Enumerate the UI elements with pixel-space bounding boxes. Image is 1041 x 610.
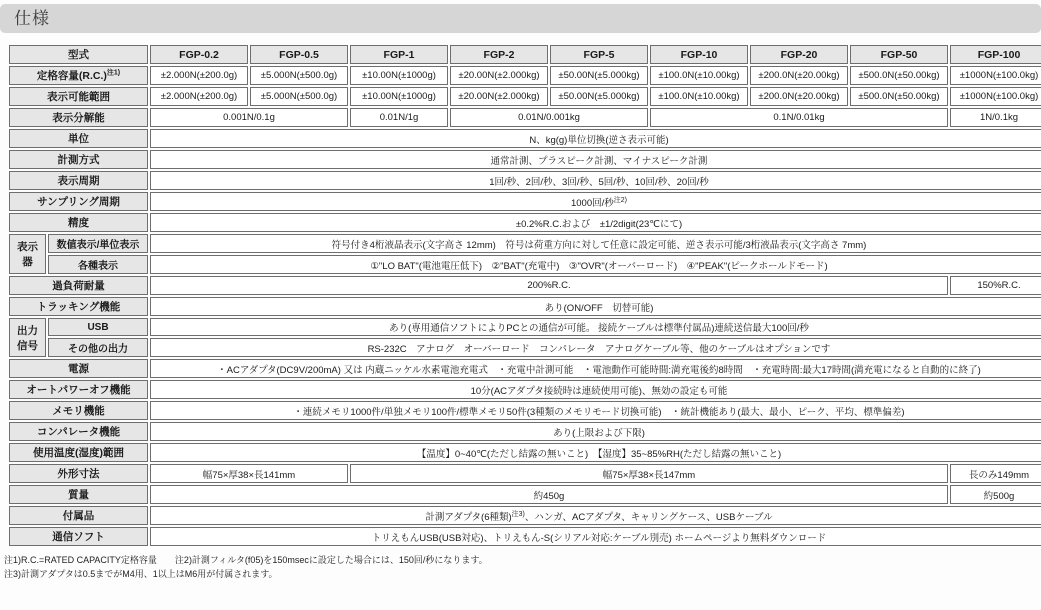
spec-cell: 符号付き4桁液晶表示(文字高さ 12mm) 符号は荷重方向に対して任意に設定可能…	[150, 234, 1041, 253]
header-row: 型式FGP-0.2FGP-0.5FGP-1FGP-2FGP-5FGP-10FGP…	[9, 45, 1041, 64]
spec-cell: 約500g	[950, 485, 1041, 504]
table-row: 単位N、kg(g)単位切換(逆さ表示可能)	[9, 129, 1041, 148]
spec-cell: 通常計測、プラスピーク計測、マイナスピーク計測	[150, 150, 1041, 169]
row-label: 表示可能範囲	[9, 87, 148, 106]
spec-cell: ±20.00N(±2.000kg)	[450, 87, 548, 106]
spec-cell: あり(ON/OFF 切替可能)	[150, 297, 1041, 316]
spec-cell: 1回/秒、2回/秒、3回/秒、5回/秒、10回/秒、20回/秒	[150, 171, 1041, 190]
spec-cell: あり(専用通信ソフトによりPCとの通信が可能。 接続ケーブルは標準付属品)連続送…	[150, 318, 1041, 336]
table-row: 通信ソフトトリえもんUSB(USB対応)、トリえもん-S(シリアル対応:ケーブル…	[9, 527, 1041, 546]
row-label: 計測方式	[9, 150, 148, 169]
spec-cell: 計測アダプタ(6種類)注3)、ハンガ、ACアダプタ、キャリングケース、USBケー…	[150, 506, 1041, 525]
table-row: 過負荷耐量200%R.C.150%R.C.	[9, 276, 1041, 295]
row-label: 外形寸法	[9, 464, 148, 483]
spec-cell: 0.1N/0.01kg	[650, 108, 948, 127]
table-row: コンパレータ機能あり(上限および下限)	[9, 422, 1041, 441]
column-header-fgp-100: FGP-100	[950, 45, 1041, 64]
spec-cell: 約450g	[150, 485, 948, 504]
row-label: USB	[48, 318, 148, 336]
row-label: 表示周期	[9, 171, 148, 190]
spec-cell: N、kg(g)単位切換(逆さ表示可能)	[150, 129, 1041, 148]
table-row: サンプリング周期1000回/秒注2)	[9, 192, 1041, 211]
column-header-fgp-1: FGP-1	[350, 45, 448, 64]
table-row: オートパワーオフ機能10分(ACアダプタ接続時は連続使用可能)、無効の設定も可能	[9, 380, 1041, 399]
spec-cell: 200%R.C.	[150, 276, 948, 295]
footnote-line: 注1)R.C.=RATED CAPACITY定格容量 注2)計測フィルタ(f05…	[4, 554, 1041, 568]
spec-cell: トリえもんUSB(USB対応)、トリえもん-S(シリアル対応:ケーブル別売) ホ…	[150, 527, 1041, 546]
row-label: 電源	[9, 359, 148, 378]
spec-cell: ・連続メモリ1000件/単独メモリ100件/標準メモリ50件(3種類のメモリモー…	[150, 401, 1041, 420]
spec-cell: ±10.00N(±1000g)	[350, 66, 448, 85]
row-label: サンプリング周期	[9, 192, 148, 211]
spec-cell: ±1000N(±100.0kg)	[950, 66, 1041, 85]
spec-table: 型式FGP-0.2FGP-0.5FGP-1FGP-2FGP-5FGP-10FGP…	[7, 43, 1041, 548]
table-row: 表示分解能0.001N/0.1g0.01N/1g0.01N/0.001kg0.1…	[9, 108, 1041, 127]
spec-cell: 長のみ149mm	[950, 464, 1041, 483]
table-row: トラッキング機能あり(ON/OFF 切替可能)	[9, 297, 1041, 316]
footnote-line: 注3)計測アダプタは0.5までがM4用、1以上はM6用が付属されます。	[4, 568, 1041, 582]
row-label: 単位	[9, 129, 148, 148]
spec-cell: ±100.0N(±10.00kg)	[650, 87, 748, 106]
row-label: 通信ソフト	[9, 527, 148, 546]
table-row: 表示可能範囲±2.000N(±200.0g)±5.000N(±500.0g)±1…	[9, 87, 1041, 106]
spec-cell: ±0.2%R.C.および ±1/2digit(23℃にて)	[150, 213, 1041, 232]
row-label: オートパワーオフ機能	[9, 380, 148, 399]
spec-cell: ①"LO BAT"(電池電圧低下) ②"BAT"(充電中) ③"OVR"(オーバ…	[150, 255, 1041, 274]
table-row: 外形寸法幅75×厚38×長141mm幅75×厚38×長147mm長のみ149mm	[9, 464, 1041, 483]
spec-cell: ±100.0N(±10.00kg)	[650, 66, 748, 85]
spec-cell: 1000回/秒注2)	[150, 192, 1041, 211]
row-label: 過負荷耐量	[9, 276, 148, 295]
spec-cell: ±20.00N(±2.000kg)	[450, 66, 548, 85]
column-header-fgp-0.5: FGP-0.5	[250, 45, 348, 64]
spec-cell: 150%R.C.	[950, 276, 1041, 295]
table-row: 表示周期1回/秒、2回/秒、3回/秒、5回/秒、10回/秒、20回/秒	[9, 171, 1041, 190]
column-header-fgp-5: FGP-5	[550, 45, 648, 64]
spec-cell: ±50.00N(±5.000kg)	[550, 87, 648, 106]
table-row: 質量約450g約500g	[9, 485, 1041, 504]
footnotes: 注1)R.C.=RATED CAPACITY定格容量 注2)計測フィルタ(f05…	[4, 554, 1041, 582]
row-group-label: 出力信号	[9, 318, 46, 357]
row-label: 数値表示/単位表示	[48, 234, 148, 253]
spec-cell: RS-232C アナログ オーバーロード コンパレータ アナログケーブル等、他の…	[150, 338, 1041, 357]
table-row: 各種表示①"LO BAT"(電池電圧低下) ②"BAT"(充電中) ③"OVR"…	[9, 255, 1041, 274]
column-header-fgp-2: FGP-2	[450, 45, 548, 64]
row-label: コンパレータ機能	[9, 422, 148, 441]
row-label: 使用温度(湿度)範囲	[9, 443, 148, 462]
spec-cell: ±1000N(±100.0kg)	[950, 87, 1041, 106]
spec-cell: ±2.000N(±200.0g)	[150, 66, 248, 85]
spec-cell: 10分(ACアダプタ接続時は連続使用可能)、無効の設定も可能	[150, 380, 1041, 399]
table-row: 精度±0.2%R.C.および ±1/2digit(23℃にて)	[9, 213, 1041, 232]
spec-cell: ±200.0N(±20.00kg)	[750, 66, 848, 85]
spec-cell: ±500.0N(±50.00kg)	[850, 66, 948, 85]
row-label: 各種表示	[48, 255, 148, 274]
spec-cell: ±200.0N(±20.00kg)	[750, 87, 848, 106]
table-row: 付属品計測アダプタ(6種類)注3)、ハンガ、ACアダプタ、キャリングケース、US…	[9, 506, 1041, 525]
spec-cell: ・ACアダプタ(DC9V/200mA) 又は 内蔵ニッケル水素電池充電式 ・充電…	[150, 359, 1041, 378]
spec-cell: ±500.0N(±50.00kg)	[850, 87, 948, 106]
spec-cell: 0.01N/1g	[350, 108, 448, 127]
spec-cell: ±5.000N(±500.0g)	[250, 87, 348, 106]
row-label: 付属品	[9, 506, 148, 525]
column-header-fgp-20: FGP-20	[750, 45, 848, 64]
spec-cell: ±5.000N(±500.0g)	[250, 66, 348, 85]
row-group-label: 表示器	[9, 234, 46, 274]
spec-cell: 幅75×厚38×長141mm	[150, 464, 348, 483]
spec-cell: 【温度】0~40℃(ただし結露の無いこと) 【湿度】35~85%RH(ただし結露…	[150, 443, 1041, 462]
column-header-fgp-0.2: FGP-0.2	[150, 45, 248, 64]
table-row: メモリ機能・連続メモリ1000件/単独メモリ100件/標準メモリ50件(3種類の…	[9, 401, 1041, 420]
row-label: その他の出力	[48, 338, 148, 357]
spec-table-header: 型式FGP-0.2FGP-0.5FGP-1FGP-2FGP-5FGP-10FGP…	[9, 45, 1041, 64]
row-label: 表示分解能	[9, 108, 148, 127]
row-label: メモリ機能	[9, 401, 148, 420]
row-label: 精度	[9, 213, 148, 232]
spec-cell: 0.001N/0.1g	[150, 108, 348, 127]
table-row: その他の出力RS-232C アナログ オーバーロード コンパレータ アナログケー…	[9, 338, 1041, 357]
table-row: 表示器数値表示/単位表示符号付き4桁液晶表示(文字高さ 12mm) 符号は荷重方…	[9, 234, 1041, 253]
row-label: 定格容量(R.C.)注1)	[9, 66, 148, 85]
spec-cell: ±50.00N(±5.000kg)	[550, 66, 648, 85]
spec-cell: ±10.00N(±1000g)	[350, 87, 448, 106]
spec-cell: ±2.000N(±200.0g)	[150, 87, 248, 106]
spec-cell: 幅75×厚38×長147mm	[350, 464, 948, 483]
spec-cell: あり(上限および下限)	[150, 422, 1041, 441]
model-header: 型式	[9, 45, 148, 64]
page-title: 仕様	[0, 4, 1041, 33]
column-header-fgp-50: FGP-50	[850, 45, 948, 64]
table-row: 出力信号USBあり(専用通信ソフトによりPCとの通信が可能。 接続ケーブルは標準…	[9, 318, 1041, 336]
table-row: 計測方式通常計測、プラスピーク計測、マイナスピーク計測	[9, 150, 1041, 169]
spec-table-body: 定格容量(R.C.)注1)±2.000N(±200.0g)±5.000N(±50…	[9, 66, 1041, 546]
row-label: トラッキング機能	[9, 297, 148, 316]
table-row: 電源・ACアダプタ(DC9V/200mA) 又は 内蔵ニッケル水素電池充電式 ・…	[9, 359, 1041, 378]
spec-cell: 1N/0.1kg	[950, 108, 1041, 127]
table-row: 使用温度(湿度)範囲【温度】0~40℃(ただし結露の無いこと) 【湿度】35~8…	[9, 443, 1041, 462]
row-label: 質量	[9, 485, 148, 504]
spec-cell: 0.01N/0.001kg	[450, 108, 648, 127]
table-row: 定格容量(R.C.)注1)±2.000N(±200.0g)±5.000N(±50…	[9, 66, 1041, 85]
column-header-fgp-10: FGP-10	[650, 45, 748, 64]
